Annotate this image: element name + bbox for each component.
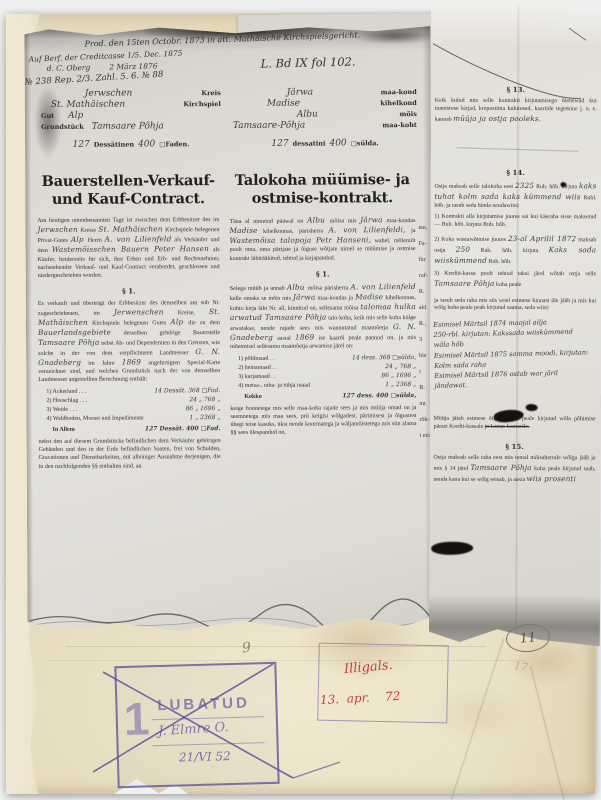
german-header-fields: JerwschenKreis St. MathäischenKirchspiel… <box>41 88 221 152</box>
land-row-waldboden: 4) Waldboden, Morast und Impedimente1 „ … <box>46 414 220 423</box>
maakond-label: maa-kond <box>381 88 417 96</box>
paper-crease <box>529 666 566 800</box>
kreis-value: Jerwschen <box>85 89 133 99</box>
kirchspiel-value: St. Mathäischen <box>51 100 125 110</box>
dark-smudge <box>354 29 434 43</box>
censor-blot <box>431 541 473 555</box>
german-area-row: 127 Dessätinen 400 □Faden. <box>41 133 221 152</box>
mois-value: Albu <box>297 110 318 120</box>
german-title: Bauerstellen-Verkauf- und Kauf-Contract. <box>37 172 219 208</box>
land-row-karjamaad: 3) karjamaad . .86 „ 1696 „ <box>238 372 416 381</box>
german-section1-heading: § 1. <box>38 286 220 296</box>
faint-divider <box>457 147 579 151</box>
german-title-line1: Bauerstellen-Verkauf- <box>37 172 219 191</box>
section13-heading: § 13. <box>435 85 597 95</box>
area-unit: Dessätinen <box>94 140 134 148</box>
german-closing: nebst den auf diesem Grundstücke befindl… <box>39 437 221 470</box>
maakond-value: Järwa <box>287 88 313 98</box>
estonian-closing: keige hoonetega mis selle maa-koha rajad… <box>230 404 416 437</box>
grundstueck-value: Tamsaare Põhja <box>92 121 164 131</box>
estonian-header-fields: Järwamaa-kond Madisekihelkond Albumõis T… <box>233 87 417 151</box>
main-photo-page: Prod. den 15ten Octobr. 1873 in att. Mat… <box>24 25 433 633</box>
registry-note-line4: № 238 Rep. 2/3. Zahl. 5. 6. № 88 <box>25 70 164 88</box>
estonian-section1-text: Selega müüb ja annab Albu mõisa pärisher… <box>230 282 416 351</box>
gut-label: Gut <box>41 112 54 120</box>
kihelkond-label: kihelkond <box>380 99 416 107</box>
pencil-note-17: 17 <box>513 659 529 674</box>
land-row-ackerland: 1) Ackerland . . .14 Dessät. 368 □Fad. <box>46 387 220 396</box>
estonian-intro: Täna al nimetud pääwal on Albu mõisa mis… <box>229 215 415 262</box>
land-row-weide: 3) Weide . . .86 „ 1696 „ <box>46 405 220 414</box>
grundstueck-label: Grundstück <box>41 123 84 131</box>
section15-heading: § 15. <box>434 441 596 451</box>
kirchspiel-label: Kirchspiel <box>183 100 221 108</box>
estonian-title-line1: Talokoha müümise- ja <box>229 171 415 190</box>
section14-intro: Ostja maksab selle talokoha eest 2325 Ru… <box>434 181 596 211</box>
estonian-title-line2: ostmise-kontrakt. <box>229 189 415 208</box>
area-dessiatines: 127 <box>271 139 288 149</box>
section14-para: ja tasub seda raha mis siis weel esimese… <box>434 297 596 313</box>
land-total-row: In Allem127 Dessät. 400 □Fad. <box>53 425 221 434</box>
area-sylda: 400 <box>329 138 346 148</box>
german-column: Bauerstellen-Verkauf- und Kauf-Contract.… <box>37 172 221 470</box>
right-photo-page: § 13. Keik kulud mis selle kontrakti kir… <box>429 6 601 647</box>
maakoht-value: Tamsaare-Põhja <box>233 121 305 131</box>
area-unit: dessatini <box>293 139 326 147</box>
area-dessiatines: 127 <box>72 140 89 150</box>
section14-item3: 3) Krediit-kassa poolt tehtud taksi järe… <box>434 270 596 289</box>
paper-crease <box>450 638 505 800</box>
area-unit-2: □Faden. <box>159 140 189 148</box>
german-intro: Am heutigen untenbenannten Tage ist zwis… <box>37 216 219 279</box>
estonian-section1-heading: § 1. <box>230 269 416 279</box>
area-faden: 400 <box>138 139 155 149</box>
ink-dot <box>560 182 566 187</box>
handwritten-payment-schedule: Esimisel Märtsil 1874 maojal ailja250-rb… <box>433 317 597 392</box>
section14-item2: 2) Koha wastawõtmise juures 23-al Aprili… <box>434 234 596 267</box>
land-row-poldmaad: 1) põldmaad . .14 dess. 368 □sülda, <box>238 354 416 363</box>
folio-reference: L. Bd IX fol 102. <box>260 55 355 71</box>
gut-value: Alp <box>68 111 83 121</box>
cutoff-column-fragments: ien,Fa-fürruf-R.aldR.,3bleiR.mtrõh-t ein… <box>418 225 431 449</box>
section14-heading: § 14. <box>435 168 597 178</box>
estonian-title: Talokoha müümise- ja ostmise-kontrakt. <box>229 171 415 207</box>
section14-item1: 1) Kontrakti alla kirjutamise juures sai… <box>434 214 596 230</box>
kihelkond-value: Madise <box>267 99 300 109</box>
ink-blot <box>526 404 538 411</box>
land-row-heuschlag: 2) Heuschlag . . .24 „ 768 „ <box>46 396 220 405</box>
archival-scan: { "colors": { "stamp_ink": "#6a5aa6", "r… <box>0 0 601 800</box>
estonian-area-row: 127 dessatini 400 □sülda. <box>233 132 417 151</box>
kreis-label: Kreis <box>201 89 220 97</box>
area-unit-2: □sülda. <box>351 139 379 147</box>
page-number-11: 11 <box>519 630 537 646</box>
german-section1-text: Es verkauft und überträgt der Erbbesitze… <box>38 299 220 384</box>
mois-label: mõis <box>400 110 417 118</box>
land-row-heinamaad: 2) heinamaad . .24 „ 768 „ <box>238 363 416 372</box>
right-column: § 13. Keik kulud mis selle kontrakti kir… <box>433 78 596 485</box>
german-title-line2: und Kauf-Contract. <box>37 190 219 209</box>
land-row-metsamaad: 4) metsa-, raba- ja tühja maad1 „ 2368 „ <box>238 381 416 390</box>
maakoht-label: maa-koht <box>382 121 417 129</box>
section13-text: Keik kulud mis selle kontrakti kirjutami… <box>435 98 597 125</box>
land-total-row: Kokko127 dess. 400 □sülda, <box>244 392 416 401</box>
empty-stamp-frame <box>317 643 449 724</box>
section15-text: Ostja maksab selle raha eest mis temal m… <box>433 455 595 485</box>
registry-note-line2: Auf Berf. der Creditcasse 1/5. Dec. 1875 <box>28 49 182 64</box>
estonian-column: Talokoha müümise- ja ostmise-kontrakt. T… <box>229 171 416 437</box>
